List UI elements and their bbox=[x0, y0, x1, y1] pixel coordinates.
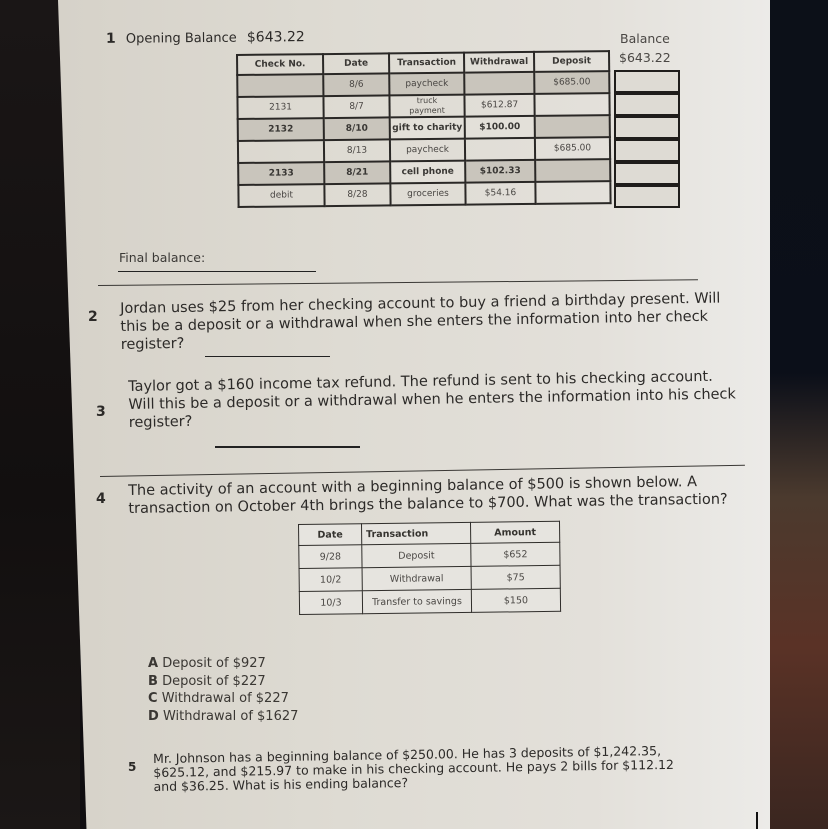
cell-transaction: gift to charity bbox=[390, 117, 465, 140]
q3-text: Taylor got a $160 income tax refund. The… bbox=[128, 367, 736, 432]
check-register-table: Check No. Date Transaction Withdrawal De… bbox=[236, 50, 612, 208]
balance-input-6[interactable] bbox=[614, 185, 680, 208]
cell-transaction: Withdrawal bbox=[362, 566, 471, 590]
activity-row: 10/3 Transfer to savings $150 bbox=[299, 588, 560, 614]
balance-header: Balance bbox=[620, 31, 670, 46]
cell-withdrawal: $100.00 bbox=[465, 116, 535, 139]
q5-number: 5 bbox=[128, 760, 136, 774]
cell-check bbox=[238, 140, 324, 163]
cell-amount: $150 bbox=[471, 588, 560, 612]
col-withdrawal: Withdrawal bbox=[464, 52, 534, 73]
q5-text: Mr. Johnson has a beginning balance of $… bbox=[153, 744, 674, 794]
cell-deposit bbox=[535, 159, 610, 182]
cell-withdrawal bbox=[465, 138, 535, 161]
cell-transaction: truck payment bbox=[389, 95, 464, 118]
q1-label: Opening Balance bbox=[126, 31, 237, 47]
col-deposit: Deposit bbox=[534, 51, 609, 72]
cell-transaction: groceries bbox=[390, 183, 465, 206]
col-date: Date bbox=[323, 53, 389, 74]
q2-answer-blank[interactable] bbox=[205, 356, 330, 357]
q3-number: 3 bbox=[96, 404, 106, 420]
cell-deposit bbox=[534, 93, 609, 116]
cell-deposit bbox=[535, 115, 610, 138]
choice-text: Withdrawal of $227 bbox=[162, 691, 289, 706]
cell-amount: $75 bbox=[471, 565, 560, 589]
cell-date: 9/28 bbox=[299, 545, 362, 569]
q2-number: 2 bbox=[88, 309, 98, 325]
cell-deposit: $685.00 bbox=[534, 71, 609, 94]
balance-input-1[interactable] bbox=[614, 70, 680, 93]
q1-opening-balance: $643.22 bbox=[247, 29, 305, 46]
balance-input-5[interactable] bbox=[614, 162, 680, 185]
col-check-no: Check No. bbox=[237, 54, 323, 75]
cell-amount: $652 bbox=[471, 542, 560, 566]
choice-text: Deposit of $927 bbox=[162, 656, 266, 671]
final-balance-blank[interactable] bbox=[118, 271, 316, 272]
cell-date: 8/13 bbox=[324, 139, 390, 162]
cell-deposit: $685.00 bbox=[535, 137, 610, 160]
choice-letter: A bbox=[148, 656, 158, 671]
cell-withdrawal: $102.33 bbox=[465, 160, 535, 183]
col-amount: Amount bbox=[470, 521, 559, 543]
choice-b[interactable]: B Deposit of $227 bbox=[148, 673, 298, 691]
cell-check: 2133 bbox=[238, 162, 324, 185]
cell-check: 2132 bbox=[238, 118, 324, 141]
cell-transaction: Transfer to savings bbox=[362, 589, 471, 613]
q3-answer-blank[interactable] bbox=[215, 446, 360, 448]
cell-date: 10/3 bbox=[299, 591, 362, 615]
cell-date: 8/21 bbox=[324, 161, 390, 184]
choice-text: Deposit of $227 bbox=[162, 674, 266, 689]
choice-a[interactable]: A Deposit of $927 bbox=[148, 655, 298, 673]
choice-letter: B bbox=[148, 674, 158, 689]
final-balance-label: Final balance: bbox=[119, 250, 205, 265]
choice-c[interactable]: C Withdrawal of $227 bbox=[148, 690, 298, 708]
cell-withdrawal bbox=[464, 72, 534, 95]
col-transaction: Transaction bbox=[362, 522, 471, 544]
cell-date: 8/7 bbox=[323, 95, 389, 118]
activity-row: 10/2 Withdrawal $75 bbox=[299, 565, 560, 591]
cell-deposit bbox=[535, 181, 610, 204]
cell-transaction: paycheck bbox=[389, 73, 464, 96]
cell-check: debit bbox=[238, 184, 324, 207]
cell-check bbox=[237, 74, 323, 97]
cell-transaction: cell phone bbox=[390, 161, 465, 184]
account-activity-table: Date Transaction Amount 9/28 Deposit $65… bbox=[298, 521, 561, 615]
q4-number: 4 bbox=[96, 491, 106, 507]
col-transaction: Transaction bbox=[389, 53, 464, 74]
q1-header: 1 Opening Balance $643.22 bbox=[106, 29, 305, 47]
q4-choices: A Deposit of $927 B Deposit of $227 C Wi… bbox=[148, 655, 298, 725]
balance-input-4[interactable] bbox=[614, 139, 680, 162]
cell-transaction: Deposit bbox=[362, 543, 471, 567]
cell-check: 2131 bbox=[237, 96, 323, 119]
cell-date: 8/28 bbox=[324, 183, 390, 206]
col-date: Date bbox=[299, 524, 362, 546]
cell-transaction: paycheck bbox=[390, 139, 465, 162]
cell-date: 8/10 bbox=[324, 117, 390, 140]
cell-withdrawal: $54.16 bbox=[465, 182, 535, 205]
cell-date: 8/6 bbox=[323, 73, 389, 96]
balance-input-2[interactable] bbox=[614, 93, 680, 116]
cell-withdrawal: $612.87 bbox=[464, 94, 534, 117]
q1-number: 1 bbox=[106, 31, 116, 47]
q2-text: Jordan uses $25 from her checking accoun… bbox=[120, 290, 721, 354]
balance-input-3[interactable] bbox=[614, 116, 680, 139]
cell-date: 10/2 bbox=[299, 568, 362, 592]
text-cursor bbox=[756, 812, 758, 829]
choice-letter: C bbox=[148, 691, 158, 706]
choice-d[interactable]: D Withdrawal of $1627 bbox=[148, 708, 298, 726]
balance-start: $643.22 bbox=[619, 50, 671, 65]
register-row: debit 8/28 groceries $54.16 bbox=[238, 181, 610, 207]
activity-row: 9/28 Deposit $652 bbox=[299, 542, 560, 568]
choice-letter: D bbox=[148, 709, 159, 724]
choice-text: Withdrawal of $1627 bbox=[163, 709, 298, 724]
